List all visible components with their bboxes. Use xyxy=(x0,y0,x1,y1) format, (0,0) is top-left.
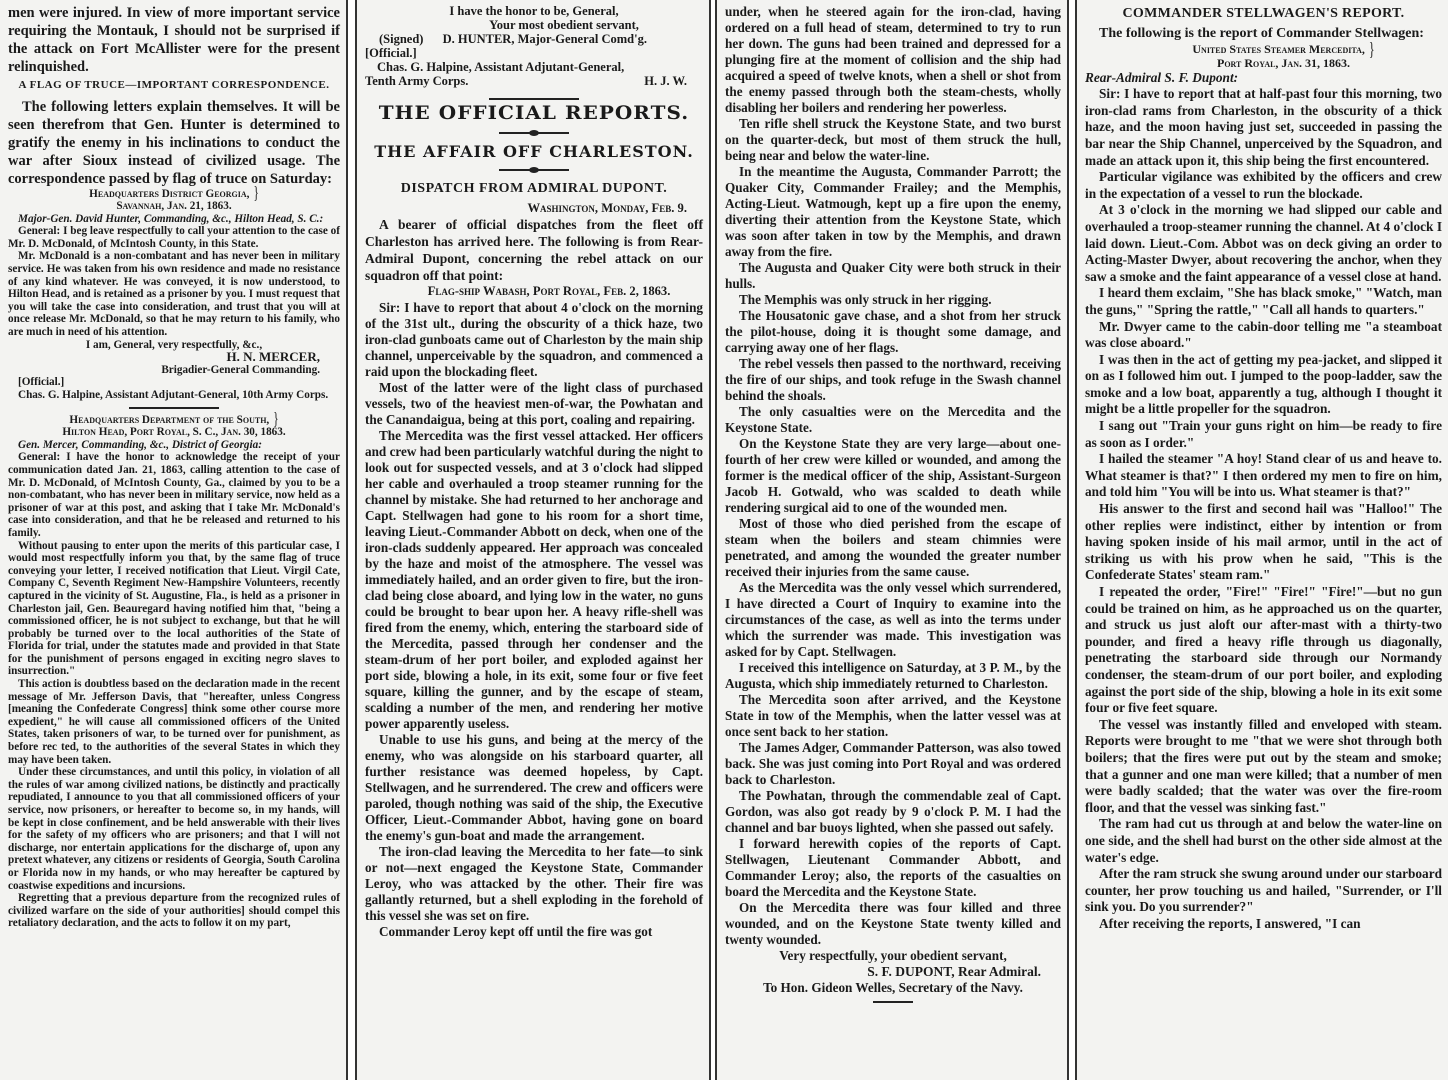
paragraph: Unable to use his guns, and being at the… xyxy=(365,732,703,844)
attestation-line: Tenth Army Corps. H. J. W. xyxy=(365,74,703,88)
report-dateline: United States Steamer Mercedita,} Port R… xyxy=(1085,42,1442,70)
paragraph: The rebel vessels then passed to the nor… xyxy=(725,356,1061,404)
letter-mercer: Headquarters District Georgia,} Savannah… xyxy=(8,188,340,409)
paragraph: On the Mercedita there was four killed a… xyxy=(725,900,1061,948)
paragraph: The following letters explain themselves… xyxy=(8,98,340,188)
paragraph: Sir: I have to report that about 4 o'clo… xyxy=(365,300,703,380)
paragraph: The Memphis was only struck in her riggi… xyxy=(725,292,1061,308)
paragraph: In the meantime the Augusta, Commander P… xyxy=(725,164,1061,260)
report-closing: Very respectfully, your obedient servant… xyxy=(725,948,1061,964)
brace-icon: } xyxy=(253,184,258,204)
official-mark: [Official.] xyxy=(8,376,340,389)
report-signer: S. F. DUPONT, Rear Admiral. xyxy=(725,964,1061,980)
column-3: under, when he steered again for the iro… xyxy=(715,0,1069,1080)
letter-hunter: Headquarters Department of the South,} H… xyxy=(8,414,340,930)
divider xyxy=(489,98,579,100)
paragraph: A bearer of official dispatches from the… xyxy=(365,216,703,284)
brace-icon: } xyxy=(1369,37,1375,59)
paragraph: As the Mercedita was the only vessel whi… xyxy=(725,580,1061,660)
paragraph: The Mercedita was the first vessel attac… xyxy=(365,428,703,732)
paragraph: General: I beg leave respectfully to cal… xyxy=(8,225,340,250)
paragraph: under, when he steered again for the iro… xyxy=(725,4,1061,116)
paragraph: The only casualties were on the Mercedit… xyxy=(725,404,1061,436)
column-1: men were injured. In view of more import… xyxy=(0,0,348,1080)
paragraph: I forward herewith copies of the reports… xyxy=(725,836,1061,900)
paragraph: I received this intelligence on Saturday… xyxy=(725,660,1061,692)
paragraph: I heard them exclaim, "She has black smo… xyxy=(1085,285,1442,318)
paragraph: I repeated the order, "Fire!" "Fire!" "F… xyxy=(1085,584,1442,717)
paragraph: The ram had cut us through at and below … xyxy=(1085,816,1442,866)
paragraph: I was then in the act of getting my pea-… xyxy=(1085,352,1442,418)
headline-dispatch: DISPATCH FROM ADMIRAL DUPONT. xyxy=(365,181,703,197)
paragraph: Regretting that a previous departure fro… xyxy=(8,892,340,930)
paragraph: The Powhatan, through the commendable ze… xyxy=(725,788,1061,836)
paragraph: The Augusta and Quaker City were both st… xyxy=(725,260,1061,292)
column-2: I have the honor to be, General, Your mo… xyxy=(355,0,711,1080)
letter-address: Gen. Mercer, Commanding, &c., District o… xyxy=(8,439,340,452)
report-addressee: To Hon. Gideon Welles, Secretary of the … xyxy=(725,980,1061,996)
letter-hunter-signature: I have the honor to be, General, Your mo… xyxy=(365,4,703,88)
report-dateline: Flag-ship Wabash, Port Royal, Feb. 2, 18… xyxy=(365,284,703,300)
lead-paragraph-block: A bearer of official dispatches from the… xyxy=(365,216,703,284)
paragraph: I sang out "Train your guns right on him… xyxy=(1085,418,1442,451)
attestation: Chas. G. Halpine, Assistant Adjutant-Gen… xyxy=(8,389,340,402)
paragraph: The James Adger, Commander Patterson, wa… xyxy=(725,740,1061,788)
divider xyxy=(873,1001,913,1003)
signed-label: (Signed) xyxy=(365,32,423,46)
paragraph: The iron-clad leaving the Mercedita to h… xyxy=(365,844,703,924)
attestation: Chas. G. Halpine, Assistant Adjutant-Gen… xyxy=(365,60,703,74)
headline-official-reports: THE OFFICIAL REPORTS. xyxy=(357,106,711,122)
paragraph: On the Keystone State they are very larg… xyxy=(725,436,1061,516)
paragraph: Ten rifle shell struck the Keystone Stat… xyxy=(725,116,1061,164)
letter-dateline: Headquarters Department of the South,} H… xyxy=(8,414,340,439)
letter-address: Major-Gen. David Hunter, Commanding, &c.… xyxy=(8,213,340,226)
paragraph: Most of the latter were of the light cla… xyxy=(365,380,703,428)
signer: D. HUNTER, Major-General Comd'g. xyxy=(427,32,647,46)
paragraph: Under these circumstances, and until thi… xyxy=(8,766,340,892)
paragraph: His answer to the first and second hail … xyxy=(1085,501,1442,584)
paragraph: Mr. Dwyer came to the cabin-door telling… xyxy=(1085,319,1442,352)
section-intro-block: The following letters explain themselves… xyxy=(8,98,340,188)
newspaper-page: men were injured. In view of more import… xyxy=(0,0,1448,1080)
dupont-report-body: Sir: I have to report that about 4 o'clo… xyxy=(365,300,703,940)
paragraph: Particular vigilance was exhibited by th… xyxy=(1085,169,1442,202)
divider xyxy=(129,407,219,409)
paragraph: At 3 o'clock in the morning we had slipp… xyxy=(1085,202,1442,285)
paragraph: Sir: I have to report that at half-past … xyxy=(1085,86,1442,169)
paragraph: This action is doubtless based on the de… xyxy=(8,678,340,766)
report-intro-block: The following is the report of Commander… xyxy=(1085,25,1442,42)
ornament-divider xyxy=(499,169,569,171)
paragraph: men were injured. In view of more import… xyxy=(8,4,340,76)
letter-closing: I have the honor to be, General, xyxy=(365,4,703,18)
dateline: Washington, Monday, Feb. 9. xyxy=(365,201,703,217)
paragraph: General: I have the honor to acknowledge… xyxy=(8,451,340,539)
headline-affair-charleston: THE AFFAIR OFF CHARLESTON. xyxy=(365,144,703,160)
author-initials: H. J. W. xyxy=(644,74,687,88)
paragraph: Most of those who died perished from the… xyxy=(725,516,1061,580)
letter-signer-title: Brigadier-General Commanding. xyxy=(8,364,340,377)
paragraph: The Housatonic gave chase, and a shot fr… xyxy=(725,308,1061,356)
letter-signer: H. N. MERCER, xyxy=(8,351,340,364)
paragraph: Without pausing to enter upon the merits… xyxy=(8,540,340,679)
section-heading: A FLAG OF TRUCE—IMPORTANT CORRESPONDENCE… xyxy=(8,78,340,94)
paragraph: I hailed the steamer "A hoy! Stand clear… xyxy=(1085,451,1442,501)
signature-line: (Signed) D. HUNTER, Major-General Comd'g… xyxy=(365,32,703,46)
ornament-divider xyxy=(499,132,569,134)
column-4: COMMANDER STELLWAGEN'S REPORT. The follo… xyxy=(1075,0,1448,1080)
article-continuation: men were injured. In view of more import… xyxy=(8,4,340,76)
paragraph: The following is the report of Commander… xyxy=(1085,25,1442,42)
paragraph: Commander Leroy kept off until the fire … xyxy=(365,924,703,940)
brace-icon: } xyxy=(273,410,278,430)
paragraph: After receiving the reports, I answered,… xyxy=(1085,916,1442,933)
headline-stellwagen-report: COMMANDER STELLWAGEN'S REPORT. xyxy=(1085,6,1442,23)
official-mark: [Official.] xyxy=(365,46,703,60)
letter-closing: Your most obedient servant, xyxy=(365,18,703,32)
report-address: Rear-Admiral S. F. Dupont: xyxy=(1085,70,1442,87)
paragraph: Mr. McDonald is a non-combatant and has … xyxy=(8,250,340,338)
paragraph: The vessel was instantly filled and enve… xyxy=(1085,717,1442,817)
paragraph: The Mercedita soon after arrived, and th… xyxy=(725,692,1061,740)
paragraph: After the ram struck she swung around un… xyxy=(1085,866,1442,916)
letter-dateline: Headquarters District Georgia,} Savannah… xyxy=(8,188,340,213)
